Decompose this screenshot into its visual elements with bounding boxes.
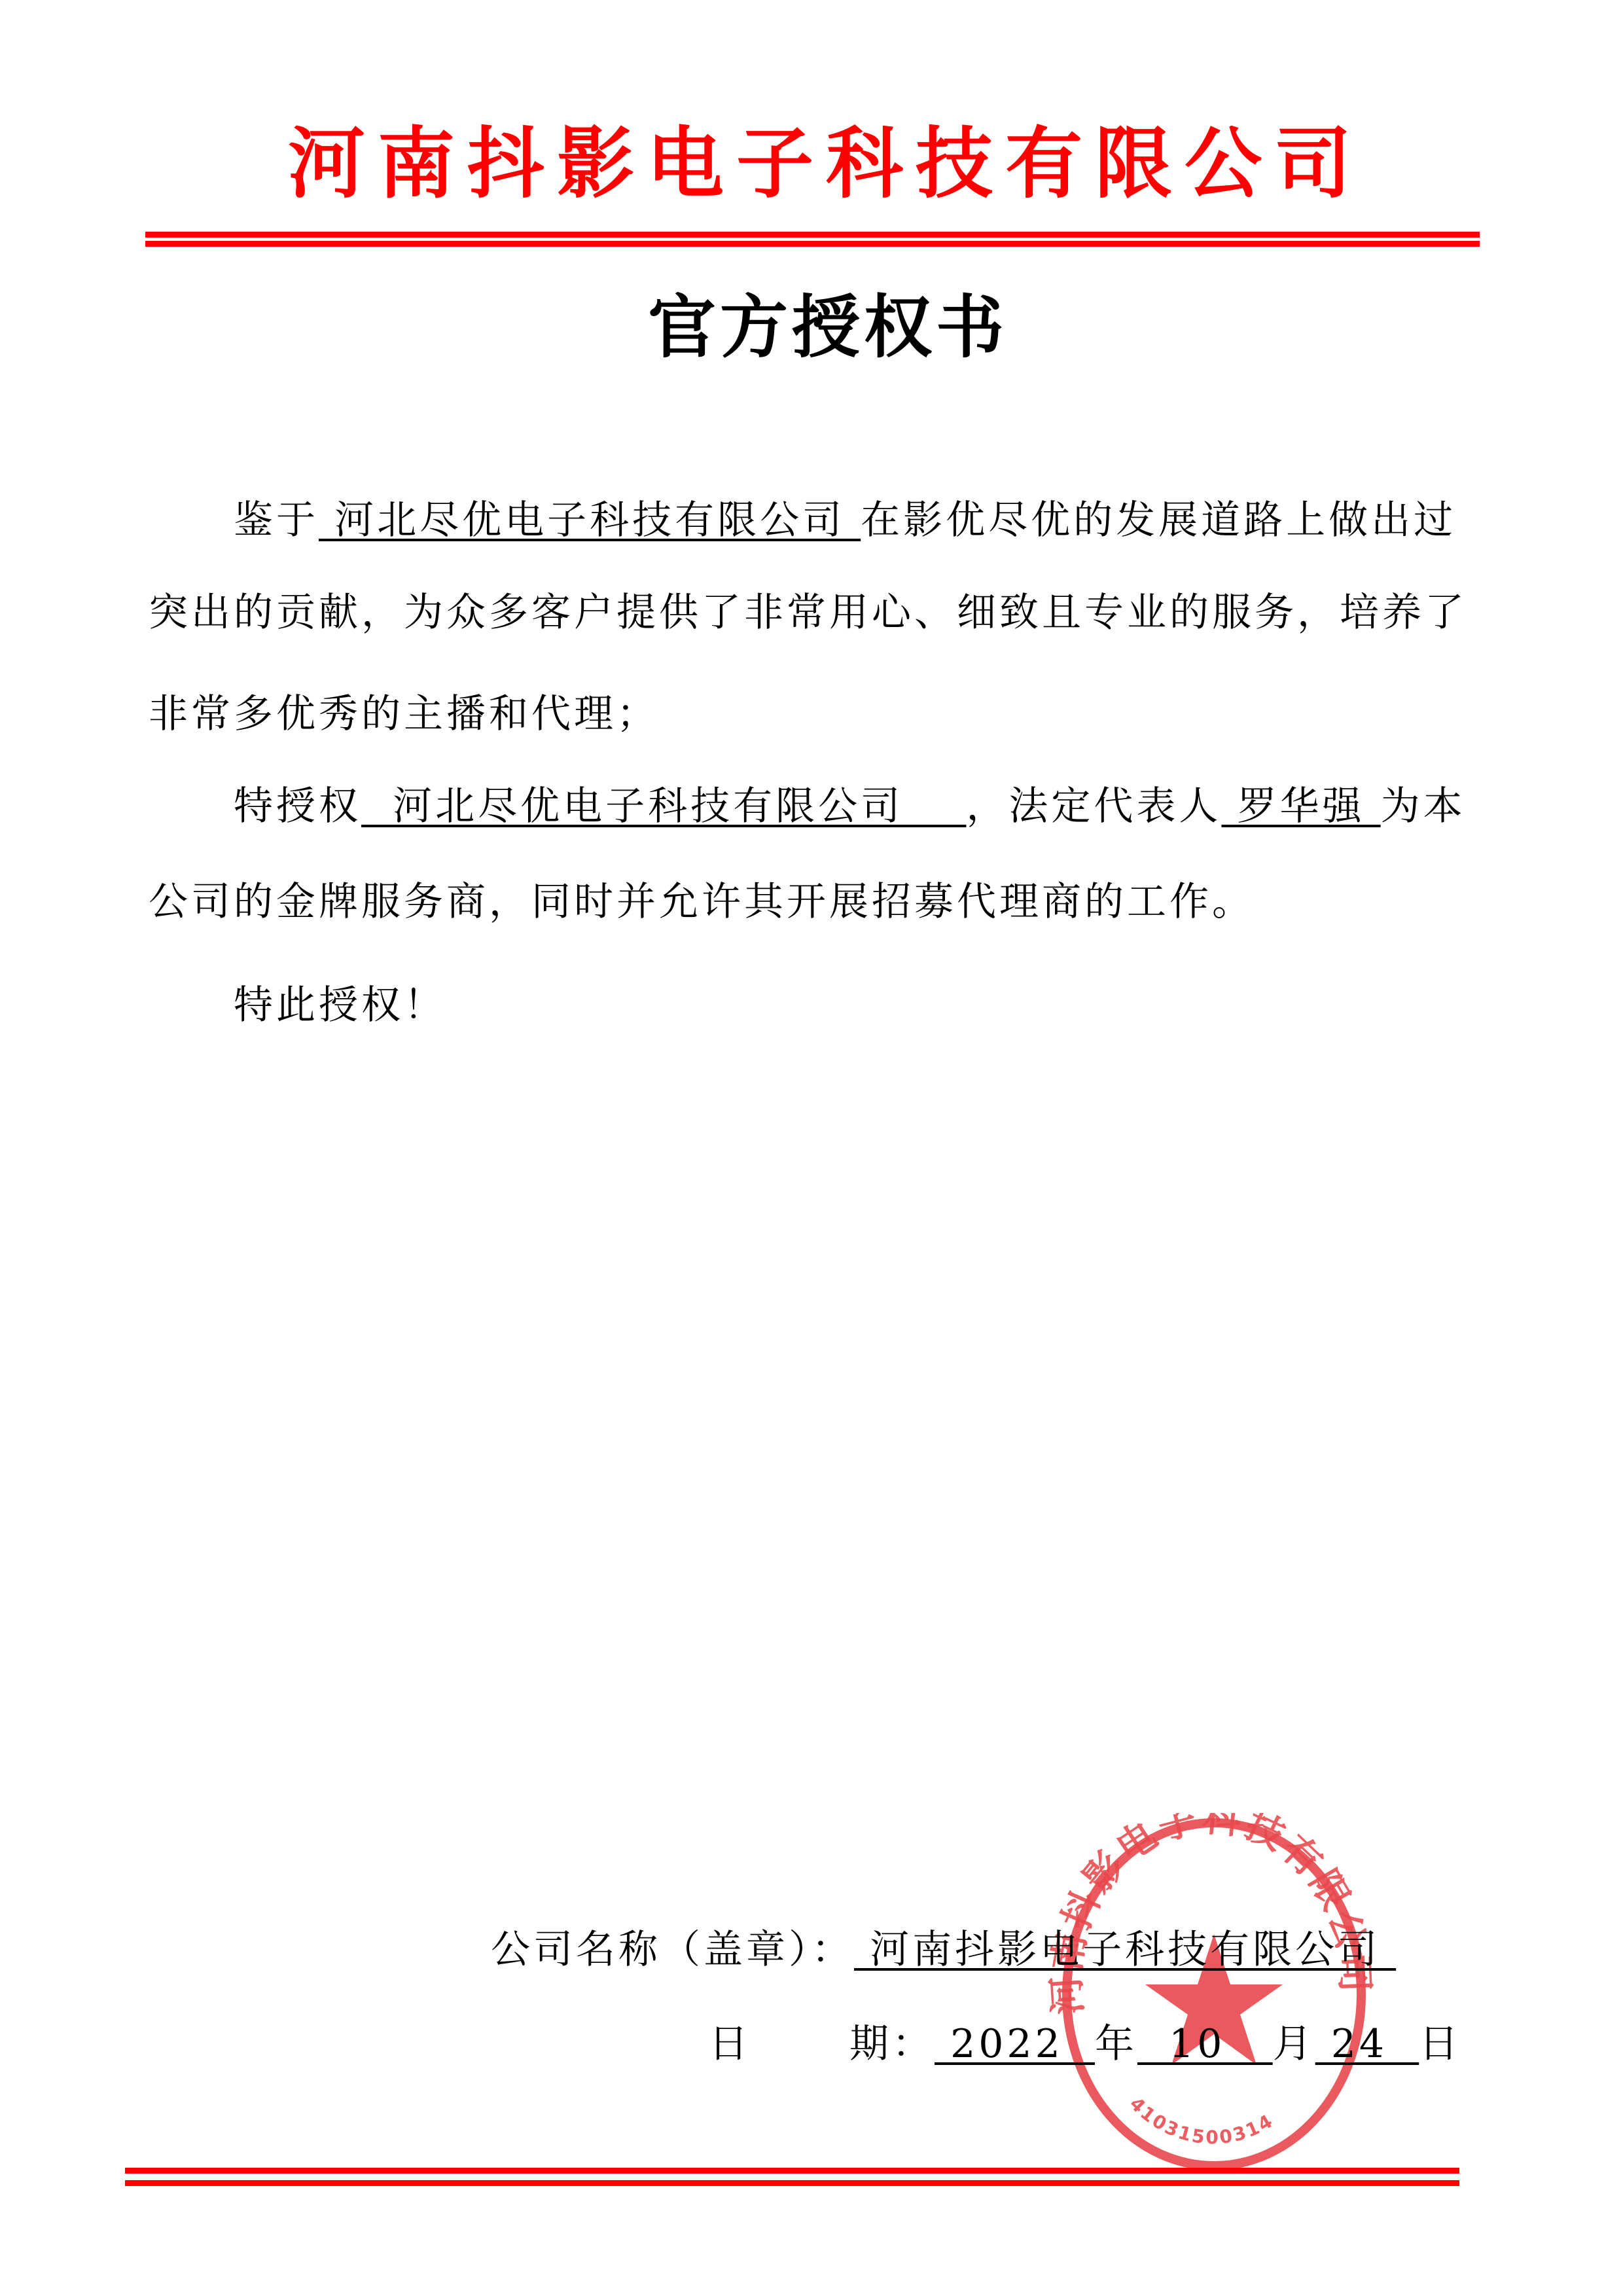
date-label-part-1: 日 — [709, 2021, 751, 2067]
paragraph-2-line-2: 公司的金牌服务商，同时并允许其开展招募代理商的工作。 — [149, 880, 1255, 924]
paragraph-1-line-2: 突出的贡献，为众多客户提供了非常用心、细致且专业的服务，培养了 — [149, 591, 1467, 634]
legal-representative-label: ，法定代表人 — [966, 783, 1221, 829]
stamp-serial-number: 41031500314 — [1126, 2093, 1278, 2149]
authorized-company-field: 河北尽优电子科技有限公司 — [361, 783, 966, 829]
header-divider-bottom — [145, 241, 1480, 247]
paragraph-2-line-1: 特授权 河北尽优电子科技有限公司 ，法定代表人 罗华强 为本 — [234, 785, 1466, 828]
signature-date-row: 日期： 2022 年 10 月 24 日 — [709, 2022, 1461, 2066]
closing-statement: 特此授权！ — [234, 984, 446, 1027]
company-name-seal-label: 公司名称（盖章）： — [491, 1927, 854, 1973]
svg-text:河南抖影电子科技有限公司: 河南抖影电子科技有限公司 — [1047, 1813, 1374, 2016]
header-divider-top — [145, 232, 1480, 238]
month-unit: 月 — [1273, 2021, 1315, 2067]
year-unit: 年 — [1095, 2021, 1137, 2067]
svg-text:41031500314: 41031500314 — [1126, 2093, 1278, 2149]
company-seal-stamp: 河南抖影电子科技有限公司 41031500314 — [1047, 1813, 1374, 2179]
paragraph-1-prefix: 鉴于 — [234, 497, 319, 543]
stamp-ring-text: 河南抖影电子科技有限公司 — [1047, 1813, 1374, 2016]
day-unit: 日 — [1419, 2021, 1461, 2067]
paragraph-1-line-1-suffix: 在影优尽优的发展道路上做出过 — [861, 497, 1456, 543]
year-field: 2022 — [935, 2021, 1095, 2067]
signature-company-row: 公司名称（盖章）： 河南抖影电子科技有限公司 — [491, 1928, 1396, 1971]
signing-company-field: 河南抖影电子科技有限公司 — [854, 1927, 1396, 1973]
month-field: 10 — [1137, 2021, 1273, 2067]
paragraph-1-line-1: 鉴于 河北尽优电子科技有限公司 在影优尽优的发展道路上做出过 — [234, 499, 1456, 542]
day-field: 24 — [1315, 2021, 1419, 2067]
footer-divider-bottom — [125, 2180, 1459, 2186]
company-letterhead-title: 河南抖影电子科技有限公司 — [288, 118, 1374, 209]
document-title: 官方授权书 — [648, 288, 1008, 367]
paragraph-2-prefix: 特授权 — [234, 783, 361, 829]
date-label-part-2: 期： — [849, 2021, 935, 2067]
paragraph-1-line-3: 非常多优秀的主播和代理； — [149, 692, 659, 736]
legal-representative-field: 罗华强 — [1221, 783, 1380, 829]
paragraph-2-line-1-suffix: 为本 — [1381, 783, 1466, 829]
grantee-company-field: 河北尽优电子科技有限公司 — [319, 497, 861, 543]
footer-divider-top — [125, 2168, 1459, 2174]
